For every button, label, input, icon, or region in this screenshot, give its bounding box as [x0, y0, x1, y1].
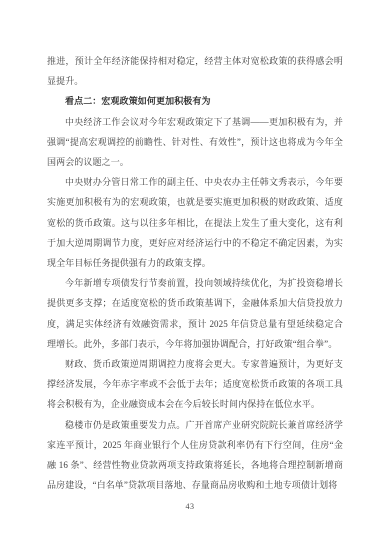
paragraph: 财政、货币政策逆周期调控力度将会更大。专家普遍预计，为更好支撑经济发展，今年赤字…	[47, 354, 343, 415]
paragraph: 稳楼市仍是政策重要发力点。广开首席产业研究院院长兼首席经济学家连平预计，2025…	[47, 415, 343, 496]
paragraph: 今年新增专项债发行节奏前置，投向领域持续优化，为扩投资稳增长提供更多支撑；在适度…	[47, 273, 343, 354]
paragraph: 中央财办分管日常工作的副主任、中央农办主任韩文秀表示，今年要实施更加积极有为的宏…	[47, 172, 343, 273]
paragraph: 中央经济工作会议对今年宏观政策定下了基调——更加积极有为，并强调“提高宏观调控的…	[47, 112, 343, 173]
paragraph-continued: 推进，预计全年经济能保持相对稳定，经营主体对宽松政策的获得感会明显提升。	[47, 51, 343, 91]
page-content: 推进，预计全年经济能保持相对稳定，经营主体对宽松政策的获得感会明显提升。 看点二…	[47, 51, 343, 495]
section-heading: 看点二：宏观政策如何更加积极有为	[47, 91, 343, 111]
page-number: 43	[0, 502, 380, 511]
document-page: 推进，预计全年经济能保持相对稳定，经营主体对宽松政策的获得感会明显提升。 看点二…	[0, 0, 380, 537]
